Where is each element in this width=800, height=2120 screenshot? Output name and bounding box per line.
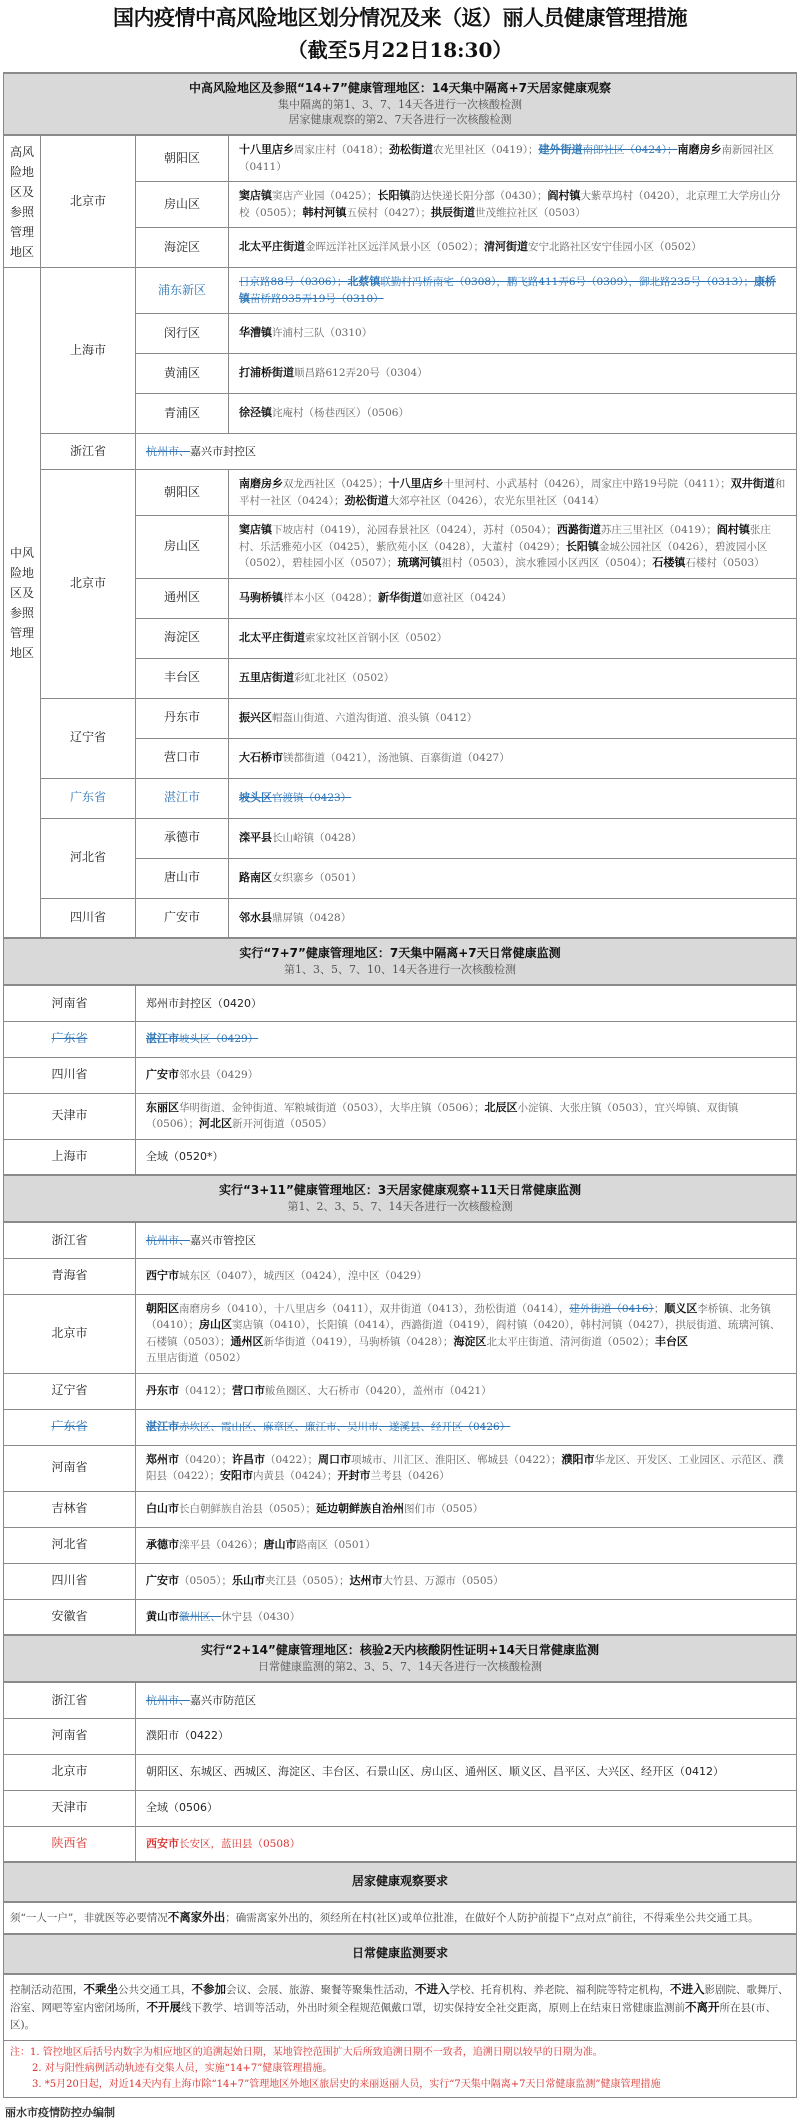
area-text: 郑州市封控区（0420） xyxy=(146,997,262,1010)
area-cell: 打浦桥街道顺昌路612弄20号（0304） xyxy=(229,354,797,394)
area-name: 濮阳市 xyxy=(561,1453,594,1466)
district-cell: 丹东市 xyxy=(136,698,229,738)
document-page: 国内疫情中高风险地区划分情况及来（返）丽人员健康管理措施 （截至5月22日18:… xyxy=(0,0,800,2120)
area-detail: 长安区，蓝田县（0508） xyxy=(179,1838,300,1850)
area-cell: 广安市（0505）；乐山市夹江县（0505）；达州市大竹县、万源市（0505） xyxy=(136,1563,797,1599)
province-cell: 浙江省 xyxy=(41,434,136,470)
area-name: 劲松街道 xyxy=(344,494,388,507)
area-text: 杭州市、 xyxy=(146,1694,190,1707)
province-cell: 广东省 xyxy=(41,778,136,818)
text: 控制活动范围， xyxy=(10,1984,84,1996)
note-2: 2. 对与阳性病例活动轨迹有交集人员，实施“14+7”健康管理措施。 xyxy=(10,2061,790,2077)
table-row: 四川省广安市（0505）；乐山市夹江县（0505）；达州市大竹县、万源市（050… xyxy=(4,1563,797,1599)
area-name: 许昌市 xyxy=(232,1453,265,1466)
area-detail: 苏庄三里社区（0419）； xyxy=(601,524,717,536)
area-cell: 丹东市（0412）；营口市鲅鱼圈区、大石桥市（0420），盖州市（0421） xyxy=(136,1373,797,1409)
district-cell: 唐山市 xyxy=(136,858,229,898)
table-row: 四川省广安市邻水县（0429） xyxy=(4,1057,797,1093)
area-name: 通州区 xyxy=(230,1335,263,1348)
area-detail: 官渡镇（0423） xyxy=(272,792,351,804)
area-name: 琉璃河镇 xyxy=(397,556,441,569)
area-detail: 金晖远洋社区远洋风景小区（0502）； xyxy=(305,241,484,253)
province-cell: 河北省 xyxy=(41,818,136,898)
district-cell: 青浦区 xyxy=(136,394,229,434)
area-detail: 祖村（0503），滨水雅园小区西区（0504）； xyxy=(441,557,652,569)
area-cell: 杭州市、嘉兴市防范区 xyxy=(136,1682,797,1718)
area-cell: 白山市长白朝鲜族自治县（0505）；延边朝鲜族自治州图们市（0505） xyxy=(136,1491,797,1527)
text: 须“一人一户”，非就医等必要情况 xyxy=(10,1912,168,1924)
section-subtitle: 第1、3、5、7、10、14天各进行一次核酸检测 xyxy=(8,962,792,977)
footer-author: 丽水市疫情防控办编制 xyxy=(3,2098,797,2120)
section-title: 实行“7+7”健康管理地区：7天集中隔离+7天日常健康监测 xyxy=(8,945,792,962)
province-cell: 陕西省 xyxy=(4,1826,136,1862)
table-row: 安徽省黄山市徽州区、休宁县（0430） xyxy=(4,1599,797,1635)
area-name: 海淀区 xyxy=(453,1335,486,1348)
area-text: 嘉兴市防范区 xyxy=(190,1694,256,1707)
area-name: 周口市 xyxy=(318,1453,351,1466)
text-emphasis: 不乘坐 xyxy=(84,1982,119,1996)
table-row: 辽宁省丹东市（0412）；营口市鲅鱼圈区、大石桥市（0420），盖州市（0421… xyxy=(4,1373,797,1409)
area-name: 路南区 xyxy=(239,871,272,884)
area-detail: 五里店街道（0502） xyxy=(146,1352,246,1364)
area-detail: 顺昌路612弄20号（0304） xyxy=(294,367,428,379)
text: 公共交通工具， xyxy=(118,1984,192,1996)
area-name: 华漕镇 xyxy=(239,326,272,339)
area-name: 湛江市 xyxy=(146,1420,179,1433)
risk-area-table: 中高风险地区及参照“14+7”健康管理地区：14天集中隔离+7天居家健康观察集中… xyxy=(3,72,797,2098)
area-cell: 湛江市赤坎区、霞山区、麻章区、廉江市、吴川市、遂溪县、经开区（0426） xyxy=(136,1409,797,1445)
area-name: 营口市 xyxy=(232,1384,265,1397)
text: 学校、托育机构、养老院、福利院等特定机构， xyxy=(450,1984,671,1996)
area-cell: 大石桥市镁都街道（0421），汤池镇、百寨街道（0427） xyxy=(229,738,797,778)
area-detail: 彩虹北社区（0502） xyxy=(294,672,394,684)
section-header: 中高风险地区及参照“14+7”健康管理地区：14天集中隔离+7天居家健康观察集中… xyxy=(4,73,797,135)
area-detail: 十里河村、小武基村（0426），周家庄中路19号院（0411）； xyxy=(443,478,730,490)
area-name: 邻水县 xyxy=(239,911,272,924)
province-cell: 北京市 xyxy=(41,135,136,268)
table-row: 四川省广安市邻水县鼎屏镇（0428） xyxy=(4,898,797,938)
document-title: 国内疫情中高风险地区划分情况及来（返）丽人员健康管理措施 （截至5月22日18:… xyxy=(3,0,797,72)
section-title: 实行“3+11”健康管理地区：3天居家健康观察+11天日常健康监测 xyxy=(8,1182,792,1199)
area-text: 嘉兴市管控区 xyxy=(190,1234,256,1247)
area-detail: 下坡店村（0419），沁园春景社区（0424），苏村（0504）； xyxy=(272,524,557,536)
area-detail: ； xyxy=(654,1303,665,1315)
area-name: 徐泾镇 xyxy=(239,406,272,419)
district-cell: 闵行区 xyxy=(136,314,229,354)
area-detail: 城东区（0407），城西区（0424），湟中区（0429） xyxy=(179,1270,427,1282)
table-row: 北京市朝阳区南磨房乡（0410），十八里店乡（0411），双井街道（0413），… xyxy=(4,1294,797,1373)
district-cell: 海淀区 xyxy=(136,618,229,658)
table-row: 高风险地区及参照管理地区北京市朝阳区十八里店乡周家庄村（0418）；劲松街道农光… xyxy=(4,135,797,182)
area-cell: 郑州市（0420）；许昌市（0422）；周口市项城市、川汇区、淮阳区、郸城县（0… xyxy=(136,1445,797,1491)
area-cell: 黄山市徽州区、休宁县（0430） xyxy=(136,1599,797,1635)
area-name: 北辰区 xyxy=(484,1101,517,1114)
area-cell: 振兴区帽盔山街道、六道沟街道、浪头镇（0412） xyxy=(229,698,797,738)
section-subtitle: 集中隔离的第1、3、7、14天各进行一次核酸检测 xyxy=(8,97,792,112)
area-cell: 朝阳区、东城区、西城区、海淀区、丰台区、石景山区、房山区、通州区、顺义区、昌平区… xyxy=(136,1754,797,1790)
title-date: （截至5月22日18:30） xyxy=(3,30,797,72)
area-detail: 诧庵村（杨巷西区）（0506） xyxy=(272,407,409,419)
section-header: 实行“2+14”健康管理地区：核验2天内核酸阴性证明+14天日常健康监测日常健康… xyxy=(4,1635,797,1682)
area-cell: 路南区女织寨乡（0501） xyxy=(229,858,797,898)
area-name: 丹东市 xyxy=(146,1384,179,1397)
area-name: 顺义区 xyxy=(664,1302,697,1315)
area-cell: 坡头区官渡镇（0423） xyxy=(229,778,797,818)
area-cell: 郑州市封控区（0420） xyxy=(136,985,797,1021)
text-emphasis: 不离家外出 xyxy=(168,1910,226,1924)
area-name: 窦店镇 xyxy=(239,523,272,536)
text: 会议、会展、旅游、聚餐等聚集性活动， xyxy=(226,1984,415,1996)
area-name: 打浦桥街道 xyxy=(239,366,294,379)
area-name: 承德市 xyxy=(146,1538,179,1551)
area-detail: 邻水县（0429） xyxy=(179,1069,258,1081)
area-cell: 杭州市、嘉兴市管控区 xyxy=(136,1222,797,1258)
area-name: 新华街道 xyxy=(378,591,422,604)
area-detail: 路南区（0501） xyxy=(296,1539,375,1551)
area-detail: 北太平庄街道、清河街道（0502）； xyxy=(486,1336,654,1348)
area-detail: 长山峪镇（0428） xyxy=(272,832,362,844)
area-detail: 夹江县（0505）； xyxy=(265,1575,349,1587)
area-name: 十八里店乡 xyxy=(388,477,443,490)
area-cell: 东丽区华明街道、金钟街道、军粮城街道（0503），大毕庄镇（0506）；北辰区小… xyxy=(136,1093,797,1139)
table-row: 北京市朝阳区、东城区、西城区、海淀区、丰台区、石景山区、房山区、通州区、顺义区、… xyxy=(4,1754,797,1790)
area-cell: 濮阳市（0422） xyxy=(136,1718,797,1754)
area-detail: 华明街道、金钟街道、军粮城街道（0503），大毕庄镇（0506）； xyxy=(179,1102,484,1114)
area-detail: 窦店产业园（0425）； xyxy=(272,190,377,202)
area-detail: 苗桥路935弄19号（0310） xyxy=(250,293,384,305)
area-name: 南磨房乡 xyxy=(239,477,283,490)
area-name: 韩村河镇 xyxy=(302,206,346,219)
area-cell: 湛江市坡头区（0429） xyxy=(136,1021,797,1057)
text-emphasis: 不参加 xyxy=(192,1982,227,1996)
area-detail: （0505）； xyxy=(179,1575,232,1587)
district-cell: 承德市 xyxy=(136,818,229,858)
area-detail: 联勤村冯桥南宅（0308），鹏飞路411弄6号（0309），御北路235号（03… xyxy=(380,276,754,288)
area-text: 濮阳市（0422） xyxy=(146,1729,229,1742)
province-cell: 北京市 xyxy=(4,1754,136,1790)
area-detail: （0422）； xyxy=(265,1454,318,1466)
area-detail: 长白朝鲜族自治县（0505）； xyxy=(179,1503,316,1515)
area-detail: 韵达快递长阳分部（0430）； xyxy=(410,190,547,202)
province-cell: 辽宁省 xyxy=(41,698,136,778)
province-cell: 安徽省 xyxy=(4,1599,136,1635)
province-cell: 河南省 xyxy=(4,1718,136,1754)
area-detail: 内黄县（0424）； xyxy=(253,1470,337,1482)
area-detail: 南郎社区（0424）； xyxy=(582,144,677,156)
area-name: 长阳镇 xyxy=(566,540,599,553)
area-name: 开封市 xyxy=(337,1469,370,1482)
area-detail: 大郊亭社区（0426），农光东里社区（0414） xyxy=(388,495,604,507)
area-name: 安阳市 xyxy=(220,1469,253,1482)
province-cell: 四川省 xyxy=(41,898,136,938)
area-name: 西安市 xyxy=(146,1837,179,1850)
section-header: 实行“7+7”健康管理地区：7天集中隔离+7天日常健康监测第1、3、5、7、10… xyxy=(4,938,797,985)
area-detail: 鼎屏镇（0428） xyxy=(272,912,351,924)
text-emphasis: 不进入 xyxy=(670,1982,705,1996)
area-detail: 赤坎区、霞山区、麻章区、廉江市、吴川市、遂溪县、经开区（0426） xyxy=(179,1421,510,1433)
table-row: 青海省西宁市城东区（0407），城西区（0424），湟中区（0429） xyxy=(4,1258,797,1294)
table-row: 广东省湛江市坡头区官渡镇（0423） xyxy=(4,778,797,818)
area-cell: 滦平县长山峪镇（0428） xyxy=(229,818,797,858)
province-cell: 浙江省 xyxy=(4,1222,136,1258)
area-detail: （0420）； xyxy=(179,1454,232,1466)
area-detail: 徽州区、 xyxy=(179,1611,221,1623)
area-detail: 女织寨乡（0501） xyxy=(272,872,362,884)
area-name: 北蔡镇 xyxy=(347,275,380,288)
area-detail: 坡头区（0429） xyxy=(179,1033,258,1045)
district-cell: 丰台区 xyxy=(136,658,229,698)
area-detail: 如意社区（0424） xyxy=(422,592,512,604)
district-cell: 朝阳区 xyxy=(136,470,229,516)
district-cell: 朝阳区 xyxy=(136,135,229,182)
area-text: 全域（0506） xyxy=(146,1801,218,1814)
area-detail: 双龙西社区（0425）； xyxy=(283,478,388,490)
province-cell: 浙江省 xyxy=(4,1682,136,1718)
area-name: 延边朝鲜族自治州 xyxy=(316,1502,404,1515)
notes-cell: 注：1. 管控地区后括号内数字为相应地区的追溯起始日期，某地管控范围扩大后所致追… xyxy=(4,2041,797,2098)
area-name: 房山区 xyxy=(199,1318,232,1331)
province-cell: 天津市 xyxy=(4,1790,136,1826)
area-name: 双井街道 xyxy=(731,477,775,490)
area-name: 阎村镇 xyxy=(547,189,580,202)
province-cell: 四川省 xyxy=(4,1057,136,1093)
district-cell: 湛江市 xyxy=(136,778,229,818)
table-row: 上海市全域（0520*） xyxy=(4,1139,797,1175)
area-name: 建外街道 xyxy=(538,143,582,156)
province-cell: 河南省 xyxy=(4,985,136,1021)
area-name: 黄山市 xyxy=(146,1610,179,1623)
area-cell: 华漕镇许浦村三队（0310） xyxy=(229,314,797,354)
area-detail: 世茂维拉社区（0503） xyxy=(475,207,586,219)
table-row: 广东省湛江市赤坎区、霞山区、麻章区、廉江市、吴川市、遂溪县、经开区（0426） xyxy=(4,1409,797,1445)
district-cell: 海淀区 xyxy=(136,228,229,268)
table-row: 浙江省杭州市、嘉兴市防范区 xyxy=(4,1682,797,1718)
area-name: 河北区 xyxy=(199,1117,232,1130)
area-text: 全域（0520*） xyxy=(146,1150,224,1163)
area-cell: 窦店镇窦店产业园（0425）；长阳镇韵达快递长阳分部（0430）；阎村镇大紫草坞… xyxy=(229,182,797,228)
area-text: 杭州市、 xyxy=(146,1234,190,1247)
district-cell: 房山区 xyxy=(136,182,229,228)
table-row: 北京市朝阳区南磨房乡双龙西社区（0425）；十八里店乡十里河村、小武基村（042… xyxy=(4,470,797,516)
area-name: 东丽区 xyxy=(146,1101,179,1114)
section-subtitle: 日常健康监测的第2、3、5、7、14天各进行一次核酸检测 xyxy=(8,1659,792,1674)
area-name: 阎村镇 xyxy=(717,523,750,536)
district-cell: 通州区 xyxy=(136,578,229,618)
note-3: 3. *5月20日起，对近14天内有上海市除“14+7”管理地区外地区旅居史的来… xyxy=(10,2077,790,2093)
area-detail: 日京路88号（0306）； xyxy=(239,276,347,288)
area-name: 达州市 xyxy=(349,1574,382,1587)
area-name: 北太平庄街道 xyxy=(239,631,305,644)
title-main: 国内疫情中高风险地区划分情况及来（返）丽人员健康管理措施 xyxy=(3,0,797,30)
area-cell: 徐泾镇诧庵村（杨巷西区）（0506） xyxy=(229,394,797,434)
area-name: 滦平县 xyxy=(239,831,272,844)
area-detail: 大竹县、万源市（0505） xyxy=(382,1575,503,1587)
table-row: 浙江省杭州市、嘉兴市管控区 xyxy=(4,1222,797,1258)
table-row: 天津市全域（0506） xyxy=(4,1790,797,1826)
area-cell: 承德市滦平县（0426）；唐山市路南区（0501） xyxy=(136,1527,797,1563)
province-cell: 青海省 xyxy=(4,1258,136,1294)
province-cell: 河北省 xyxy=(4,1527,136,1563)
area-detail: 新华街道（0419），马驹桥镇（0428）； xyxy=(263,1336,453,1348)
area-cell: 杭州市、嘉兴市封控区 xyxy=(136,434,797,470)
area-cell: 邻水县鼎屏镇（0428） xyxy=(229,898,797,938)
area-detail: 许浦村三队（0310） xyxy=(272,327,372,339)
area-name: 十八里店乡 xyxy=(239,143,294,156)
area-detail: 建外街道（0416） xyxy=(569,1303,653,1315)
area-detail: 索家坟社区首钢小区（0502） xyxy=(305,632,447,644)
table-row: 河北省承德市滦平县长山峪镇（0428） xyxy=(4,818,797,858)
area-detail: 项城市、川汇区、淮阳区、郸城县（0422）； xyxy=(351,1454,561,1466)
text: ；确需离家外出的，须经所在村(社区)或单位批准，在做好个人防护前提下“点对点”前… xyxy=(225,1912,758,1924)
area-name: 丰台区 xyxy=(655,1335,688,1348)
table-row: 河南省郑州市封控区（0420） xyxy=(4,985,797,1021)
area-name: 唐山市 xyxy=(263,1538,296,1551)
area-name: 拱辰街道 xyxy=(431,206,475,219)
section-title: 实行“2+14”健康管理地区：核验2天内核酸阴性证明+14天日常健康监测 xyxy=(8,1642,792,1659)
area-text: 嘉兴市封控区 xyxy=(190,445,256,458)
text: 线下教学、培训等活动，外出时须全程规范佩戴口罩，切实保持安全社交距离，原则上在结… xyxy=(181,2002,685,2014)
area-name: 振兴区 xyxy=(239,711,272,724)
area-cell: 窦店镇下坡店村（0419），沁园春景社区（0424），苏村（0504）；西潞街道… xyxy=(229,516,797,579)
area-detail: 图们市（0505） xyxy=(404,1503,483,1515)
area-cell: 五里店街道彩虹北社区（0502） xyxy=(229,658,797,698)
area-name: 五里店街道 xyxy=(239,671,294,684)
area-cell: 全域（0520*） xyxy=(136,1139,797,1175)
area-text: 杭州市、 xyxy=(146,445,190,458)
area-name: 劲松街道 xyxy=(389,143,433,156)
section-title: 日常健康监测要求 xyxy=(8,1945,792,1962)
area-detail: 石楼村（0503） xyxy=(685,557,764,569)
area-name: 湛江市 xyxy=(146,1032,179,1045)
text-emphasis: 不离开 xyxy=(685,2000,720,2014)
area-cell: 北太平庄街道金晖远洋社区远洋风景小区（0502）；清河街道安宁北路社区安宁佳园小… xyxy=(229,228,797,268)
text-emphasis: 不进入 xyxy=(415,1982,450,1996)
province-cell: 上海市 xyxy=(41,268,136,434)
area-detail: 安宁北路社区安宁佳园小区（0502） xyxy=(528,241,702,253)
table-row: 河南省濮阳市（0422） xyxy=(4,1718,797,1754)
table-row: 陕西省西安市长安区，蓝田县（0508） xyxy=(4,1826,797,1862)
area-detail: 帽盔山街道、六道沟街道、浪头镇（0412） xyxy=(272,712,477,724)
section-title: 中高风险地区及参照“14+7”健康管理地区：14天集中隔离+7天居家健康观察 xyxy=(8,80,792,97)
area-name: 坡头区 xyxy=(239,791,272,804)
area-cell: 马驹桥镇样本小区（0428）；新华街道如意社区（0424） xyxy=(229,578,797,618)
area-detail: 周家庄村（0418）； xyxy=(294,144,389,156)
area-cell: 西安市长安区，蓝田县（0508） xyxy=(136,1826,797,1862)
province-cell: 天津市 xyxy=(4,1093,136,1139)
text-emphasis: 不开展 xyxy=(147,2000,182,2014)
section-subtitle: 第1、2、3、5、7、14天各进行一次核酸检测 xyxy=(8,1199,792,1214)
district-cell: 房山区 xyxy=(136,516,229,579)
area-name: 广安市 xyxy=(146,1068,179,1081)
district-cell: 营口市 xyxy=(136,738,229,778)
district-cell: 黄浦区 xyxy=(136,354,229,394)
area-name: 南磨房乡 xyxy=(677,143,721,156)
province-cell: 四川省 xyxy=(4,1563,136,1599)
note-1: 注：1. 管控地区后括号内数字为相应地区的追溯起始日期，某地管控范围扩大后所致追… xyxy=(10,2047,603,2058)
area-name: 西潞街道 xyxy=(557,523,601,536)
section-header: 实行“3+11”健康管理地区：3天居家健康观察+11天日常健康监测第1、2、3、… xyxy=(4,1175,797,1222)
area-cell: 日京路88号（0306）；北蔡镇联勤村冯桥南宅（0308），鹏飞路411弄6号（… xyxy=(229,268,797,314)
area-name: 清河街道 xyxy=(484,240,528,253)
province-cell: 辽宁省 xyxy=(4,1373,136,1409)
area-detail: 五侯村（0427）； xyxy=(346,207,430,219)
area-detail: 滦平县（0426）； xyxy=(179,1539,263,1551)
area-cell: 朝阳区南磨房乡（0410），十八里店乡（0411），双井街道（0413），劲松街… xyxy=(136,1294,797,1373)
area-cell: 全域（0506） xyxy=(136,1790,797,1826)
area-detail: （0412）； xyxy=(179,1385,232,1397)
table-row: 天津市东丽区华明街道、金钟街道、军粮城街道（0503），大毕庄镇（0506）；北… xyxy=(4,1093,797,1139)
area-cell: 十八里店乡周家庄村（0418）；劲松街道农光里社区（0419）；建外街道南郎社区… xyxy=(229,135,797,182)
area-name: 窦店镇 xyxy=(239,189,272,202)
area-name: 白山市 xyxy=(146,1502,179,1515)
section-subtitle: 居家健康观察的第2、7天各进行一次核酸检测 xyxy=(8,112,792,127)
area-cell: 北太平庄街道索家坟社区首钢小区（0502） xyxy=(229,618,797,658)
province-cell: 吉林省 xyxy=(4,1491,136,1527)
area-detail: 休宁县（0430） xyxy=(221,1611,300,1623)
province-cell: 广东省 xyxy=(4,1409,136,1445)
section-header: 日常健康监测要求 xyxy=(4,1934,797,1974)
area-name: 西宁市 xyxy=(146,1269,179,1282)
province-cell: 北京市 xyxy=(41,470,136,699)
risk-level-label: 中风险地区及参照管理地区 xyxy=(4,268,41,939)
table-row: 广东省湛江市坡头区（0429） xyxy=(4,1021,797,1057)
section-header: 居家健康观察要求 xyxy=(4,1862,797,1902)
area-detail: 农光里社区（0419）； xyxy=(433,144,538,156)
area-name: 长阳镇 xyxy=(377,189,410,202)
area-name: 乐山市 xyxy=(232,1574,265,1587)
district-cell: 浦东新区 xyxy=(136,268,229,314)
daily-monitoring-text: 控制活动范围，不乘坐公共交通工具，不参加会议、会展、旅游、聚餐等聚集性活动，不进… xyxy=(4,1974,797,2041)
area-name: 朝阳区 xyxy=(146,1302,179,1315)
risk-level-label: 高风险地区及参照管理地区 xyxy=(4,135,41,268)
province-cell: 河南省 xyxy=(4,1445,136,1491)
province-cell: 北京市 xyxy=(4,1294,136,1373)
area-text: 朝阳区、东城区、西城区、海淀区、丰台区、石景山区、房山区、通州区、顺义区、昌平区… xyxy=(146,1765,724,1778)
area-name: 石楼镇 xyxy=(652,556,685,569)
area-name: 马驹桥镇 xyxy=(239,591,283,604)
area-cell: 广安市邻水县（0429） xyxy=(136,1057,797,1093)
area-name: 广安市 xyxy=(146,1574,179,1587)
area-name: 北太平庄街道 xyxy=(239,240,305,253)
area-detail: 样本小区（0428）； xyxy=(283,592,378,604)
area-detail: 兰考县（0426） xyxy=(370,1470,449,1482)
area-cell: 南磨房乡双龙西社区（0425）；十八里店乡十里河村、小武基村（0426），周家庄… xyxy=(229,470,797,516)
area-detail: 镁都街道（0421），汤池镇、百寨街道（0427） xyxy=(283,752,510,764)
home-observation-text: 须“一人一户”，非就医等必要情况不离家外出；确需离家外出的，须经所在村(社区)或… xyxy=(4,1902,797,1934)
area-detail: 鲅鱼圈区、大石桥市（0420），盖州市（0421） xyxy=(265,1385,492,1397)
section-title: 居家健康观察要求 xyxy=(8,1873,792,1890)
table-row: 浙江省杭州市、嘉兴市封控区 xyxy=(4,434,797,470)
area-cell: 西宁市城东区（0407），城西区（0424），湟中区（0429） xyxy=(136,1258,797,1294)
area-detail: 新开河街道（0505） xyxy=(232,1118,332,1130)
area-name: 郑州市 xyxy=(146,1453,179,1466)
area-detail: 南磨房乡（0410），十八里店乡（0411），双井街道（0413），劲松街道（0… xyxy=(179,1303,569,1315)
table-row: 河南省郑州市（0420）；许昌市（0422）；周口市项城市、川汇区、淮阳区、郸城… xyxy=(4,1445,797,1491)
district-cell: 广安市 xyxy=(136,898,229,938)
table-row: 辽宁省丹东市振兴区帽盔山街道、六道沟街道、浪头镇（0412） xyxy=(4,698,797,738)
table-row: 中风险地区及参照管理地区上海市浦东新区日京路88号（0306）；北蔡镇联勤村冯桥… xyxy=(4,268,797,314)
area-name: 大石桥市 xyxy=(239,751,283,764)
province-cell: 上海市 xyxy=(4,1139,136,1175)
table-row: 河北省承德市滦平县（0426）；唐山市路南区（0501） xyxy=(4,1527,797,1563)
table-row: 吉林省白山市长白朝鲜族自治县（0505）；延边朝鲜族自治州图们市（0505） xyxy=(4,1491,797,1527)
province-cell: 广东省 xyxy=(4,1021,136,1057)
